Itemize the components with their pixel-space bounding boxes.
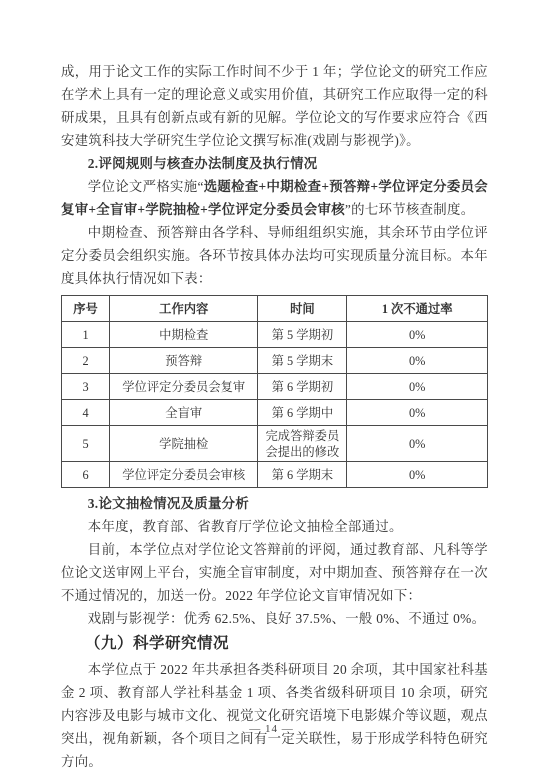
- cell-time: 完成答辩委员会提出的修改: [258, 426, 347, 462]
- cell-time: 第 5 学期末: [258, 348, 347, 374]
- cell-time: 第 5 学期初: [258, 322, 347, 348]
- cell-work: 预答辩: [110, 348, 258, 374]
- cell-work: 全盲审: [110, 400, 258, 426]
- table-row: 3 学位评定分委员会复审 第 6 学期初 0%: [62, 374, 488, 400]
- cell-number: 5: [62, 426, 110, 462]
- cell-number: 2: [62, 348, 110, 374]
- page-number: — 14 —: [0, 723, 543, 735]
- header-fail-rate: 1 次不通过率: [347, 296, 488, 322]
- cell-number: 4: [62, 400, 110, 426]
- implementation-paragraph: 中期检查、预答辩由各学科、导师组组织实施，其余环节由学位评定分委员会组织实施。各…: [61, 221, 488, 290]
- cell-rate: 0%: [347, 322, 488, 348]
- blind-review-results: 戏剧与影视学：优秀 62.5%、良好 37.5%、一般 0%、不通过 0%。: [61, 607, 488, 630]
- header-number: 序号: [62, 296, 110, 322]
- cell-rate: 0%: [347, 348, 488, 374]
- cell-work: 中期检查: [110, 322, 258, 348]
- header-work-content: 工作内容: [110, 296, 258, 322]
- cell-number: 6: [62, 462, 110, 488]
- cell-time: 第 6 学期中: [258, 400, 347, 426]
- table-row: 2 预答辩 第 5 学期末 0%: [62, 348, 488, 374]
- sampling-section-heading: 3.论文抽检情况及质量分析: [61, 492, 488, 515]
- execution-table: 序号 工作内容 时间 1 次不通过率 1 中期检查 第 5 学期初 0% 2 预…: [61, 295, 488, 488]
- intro-paragraph: 成，用于论文工作的实际工作时间不少于 1 年；学位论文的研究工作应在学术上具有一…: [61, 60, 488, 152]
- research-section-heading: （九）科学研究情况: [61, 632, 488, 656]
- cell-number: 1: [62, 322, 110, 348]
- table-row: 1 中期检查 第 5 学期初 0%: [62, 322, 488, 348]
- review-quote-prefix: 学位论文严格实施“: [88, 179, 204, 194]
- header-time: 时间: [258, 296, 347, 322]
- sampling-paragraph-2: 目前，本学位点对学位论文答辩前的评阅，通过教育部、凡科等学位论文送审网上平台，实…: [61, 538, 488, 607]
- cell-rate: 0%: [347, 426, 488, 462]
- cell-rate: 0%: [347, 374, 488, 400]
- cell-time: 第 6 学期末: [258, 462, 347, 488]
- table-header-row: 序号 工作内容 时间 1 次不通过率: [62, 296, 488, 322]
- review-section-heading: 2.评阅规则与核查办法制度及执行情况: [61, 152, 488, 175]
- cell-work: 学院抽检: [110, 426, 258, 462]
- table-row: 5 学院抽检 完成答辩委员会提出的修改 0%: [62, 426, 488, 462]
- cell-rate: 0%: [347, 462, 488, 488]
- research-paragraph: 本学位点于 2022 年共承担各类科研项目 20 余项，其中国家社科基金 2 项…: [61, 658, 488, 768]
- page-content: 成，用于论文工作的实际工作时间不少于 1 年；学位论文的研究工作应在学术上具有一…: [61, 60, 488, 768]
- review-process-paragraph: 学位论文严格实施“选题检查+中期检查+预答辩+学位评定分委员会复审+全盲审+学院…: [61, 175, 488, 221]
- table-row: 4 全盲审 第 6 学期中 0%: [62, 400, 488, 426]
- table-row: 6 学位评定分委员会审核 第 6 学期末 0%: [62, 462, 488, 488]
- cell-work: 学位评定分委员会复审: [110, 374, 258, 400]
- cell-work: 学位评定分委员会审核: [110, 462, 258, 488]
- document-page: 成，用于论文工作的实际工作时间不少于 1 年；学位论文的研究工作应在学术上具有一…: [0, 0, 543, 768]
- cell-rate: 0%: [347, 400, 488, 426]
- cell-time: 第 6 学期初: [258, 374, 347, 400]
- cell-number: 3: [62, 374, 110, 400]
- review-quote-suffix: ”的七环节核查制度。: [345, 202, 474, 217]
- sampling-paragraph-1: 本年度，教育部、省教育厅学位论文抽检全部通过。: [61, 515, 488, 538]
